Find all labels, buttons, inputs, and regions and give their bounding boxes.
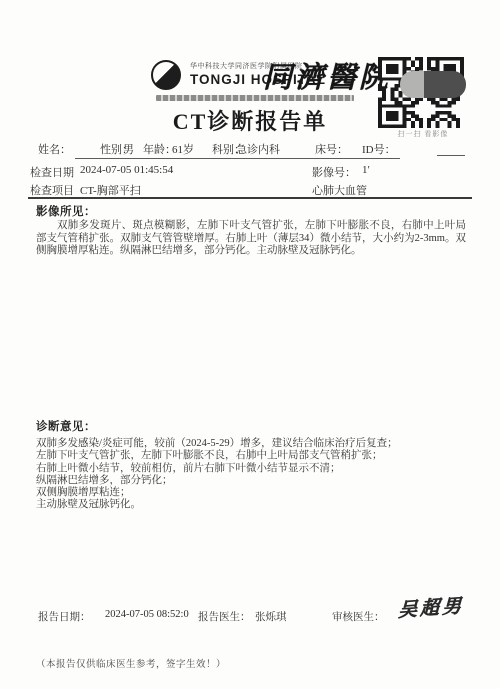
report-date-value: 2024-07-05 08:52:0 [105, 609, 189, 620]
id-label: ID号： [362, 141, 396, 157]
row1-underline [75, 158, 400, 159]
findings-label: 影像所见： [36, 203, 96, 219]
exam-date-label: 检查日期 [30, 164, 74, 180]
diagnosis-label: 诊断意见： [36, 418, 96, 434]
image-no-value: 1′ [362, 164, 370, 176]
diagnosis-line: 纵隔淋巴结增多，部分钙化； [36, 475, 466, 487]
exam-date-value: 2024-07-05 01:45:54 [80, 164, 173, 176]
diagnosis-lines: 双肺多发感染/炎症可能，较前（2024-5-29）增多，建议结合临床治疗后复查；… [36, 438, 466, 512]
hospital-name-calligraphy: 同濟醫院 [263, 55, 391, 96]
exam-region-value: 心肺大血管 [312, 182, 367, 198]
gender-value: 男 [123, 141, 134, 157]
findings-text: 双肺多发斑片、斑点模糊影，左肺下叶支气管扩张，左肺下叶膨胀不良，右肺中上叶局部支… [36, 220, 466, 258]
bottom-note: （本报告仅供临床医生参考，签字生效！） [36, 656, 226, 670]
qr-redaction-bar [400, 71, 466, 98]
ct-report-page: 华中科技大学同济医学院附属医院 TONGJI HOSPITAL 同濟醫院 CT诊… [0, 0, 500, 689]
review-doctor-label: 审核医生： [332, 609, 385, 624]
diagnosis-line: 双侧胸膜增厚粘连； [36, 487, 466, 499]
qr-code [378, 57, 464, 128]
diagnosis-line: 主动脉壁及冠脉钙化。 [36, 499, 466, 511]
header-divider [28, 197, 472, 199]
review-doctor-signature: 吴超男 [398, 591, 465, 623]
diagnosis-line: 左肺下叶支气管扩张，左肺下叶膨胀不良，右肺中上叶局部支气管稍扩张； [36, 450, 466, 462]
age-value: 61岁 [172, 141, 194, 157]
id-redaction-dash [437, 155, 465, 156]
diagnosis-line: 右肺上叶微小结节，较前相仿，前片右肺下叶微小结节显示不清； [36, 463, 466, 475]
report-doctor-label: 报告医生： [198, 609, 251, 624]
report-date-label: 报告日期： [38, 609, 91, 624]
exam-item-value: CT-胸部平扫 [80, 182, 141, 198]
dept-value: 急诊内科 [236, 141, 280, 157]
qr-caption: 扫一扫 看影像 [378, 129, 468, 139]
hospital-name-banner [156, 95, 354, 101]
hospital-logo-icon [151, 60, 181, 90]
report-doctor-value: 张烁琪 [255, 609, 287, 624]
exam-item-label: 检查项目 [30, 182, 74, 198]
name-label: 姓名： [38, 141, 71, 157]
patient-info-row-1: 姓名： 性别： 男 年龄： 61岁 科别： 急诊内科 床号： ID号： [0, 141, 500, 155]
bed-label: 床号： [315, 141, 348, 157]
diagnosis-line: 双肺多发感染/炎症可能，较前（2024-5-29）增多，建议结合临床治疗后复查； [36, 438, 466, 450]
image-no-label: 影像号： [312, 164, 356, 180]
patient-info-row-3: 检查项目 CT-胸部平扫 心肺大血管 [0, 182, 500, 196]
patient-info-row-2: 检查日期 2024-07-05 01:45:54 影像号： 1′ [0, 164, 500, 178]
